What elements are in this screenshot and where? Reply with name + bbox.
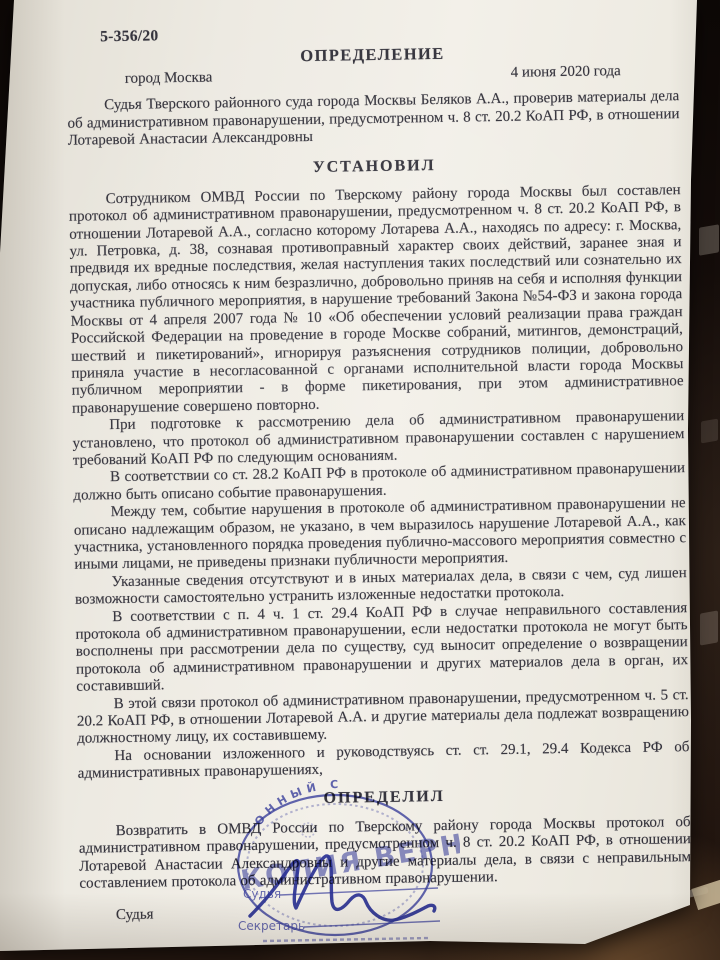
secretary-signature-line (304, 921, 440, 927)
city-label: город Москва (125, 69, 213, 88)
stamp-secretary-label: Секретарь (238, 919, 305, 933)
stamp-arc-text: ОННЫЙ С (252, 778, 343, 828)
date-label: 4 июня 2020 года (511, 63, 621, 82)
paragraph: В этой связи протокол об административно… (77, 687, 690, 749)
intro-paragraph: Судья Тверского районного суда города Мо… (67, 88, 680, 150)
photo-of-court-ruling: 5-356/20 ОПРЕДЕЛЕНИЕ город Москва 4 июня… (0, 0, 720, 960)
paragraph: Между тем, событие нарушения в протоколе… (74, 495, 687, 574)
stamp-small-text-row (263, 938, 430, 941)
case-number: 5-356/20 (100, 19, 678, 45)
paragraph: В соответствии с п. 4 ч. 1 ст. 29.4 КоАП… (75, 600, 688, 697)
stamp-emblem (301, 823, 315, 837)
paragraph: Сотрудником ОМВД России по Тверскому рай… (69, 182, 684, 418)
established-heading: УСТАНОВИЛ (68, 154, 680, 181)
court-copy-stamp: ОННЫЙ С КОПИЯ ВЕРНА Судья Секретарь (230, 778, 460, 960)
paragraph: При подготовке к рассмотрению дела об ад… (72, 408, 685, 470)
